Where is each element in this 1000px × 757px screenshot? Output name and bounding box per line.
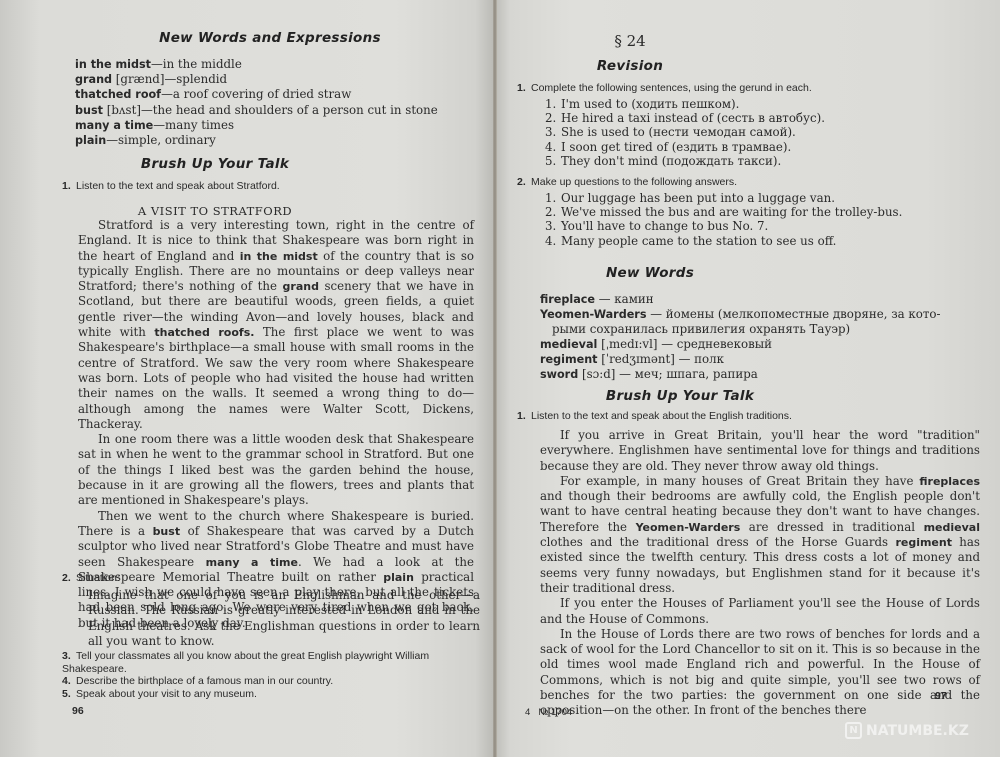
paragraph: In one room there was a little wooden de…	[78, 432, 474, 508]
vocab-item: sword [sɔ:d] — меч; шпага, рапира	[540, 367, 970, 382]
book-gutter	[493, 0, 497, 757]
list-item: 5.They don't mind (подождать такси).	[545, 154, 977, 168]
task-2: 2.Situation: Imagine that one of you is …	[62, 572, 480, 649]
text-body: Stratford is a very interesting town, ri…	[78, 218, 474, 631]
paragraph: If you enter the Houses of Parliament yo…	[540, 596, 980, 627]
vocab-item: medieval [ˌmedɪ:vl] — средневековый	[540, 337, 970, 352]
book-spread: New Words and Expressions in the midst—i…	[0, 0, 1000, 757]
paragraph: Stratford is a very interesting town, ri…	[78, 218, 474, 432]
revision-heading: Revision	[585, 58, 675, 74]
sentence-list: 1.I'm used to (ходить пешком). 2.He hire…	[517, 97, 977, 168]
brush-up-heading: Brush Up Your Talk	[60, 156, 370, 172]
vocabulary-list: in the midst—in the middle grand [grænd]…	[75, 57, 475, 148]
left-page: New Words and Expressions in the midst—i…	[0, 0, 495, 757]
listen-task: 1.Listen to the text and speak about the…	[517, 410, 792, 422]
section-number: § 24	[595, 32, 665, 50]
vocab-item: plain—simple, ordinary	[75, 133, 475, 148]
tasks-3-5: 3.Tell your classmates all you know abou…	[62, 650, 474, 700]
task-3: 3.Tell your classmates all you know abou…	[62, 650, 474, 675]
revision-task-1: 1.Complete the following sentences, usin…	[517, 82, 977, 168]
vocab-item: thatched roof—a roof covering of dried s…	[75, 87, 475, 102]
vocab-item: bust [bʌst]—the head and shoulders of a …	[75, 103, 475, 118]
new-words-heading: New Words and Expressions	[60, 30, 480, 46]
paragraph: In the House of Lords there are two rows…	[540, 627, 980, 719]
right-page: § 24 Revision 1.Complete the following s…	[495, 0, 1000, 757]
answers-list: 1.Our luggage has been put into a luggag…	[517, 191, 977, 248]
watermark-text: NATUMBE.KZ	[866, 723, 969, 739]
list-item: 2.We've missed the bus and are waiting f…	[545, 205, 977, 219]
vocab-item: many a time—many times	[75, 118, 475, 133]
vocabulary-list-right: fireplace — камин Yeomen-Warders — йомен…	[540, 292, 970, 382]
revision-task-2: 2.Make up questions to the following ans…	[517, 176, 977, 248]
task-1: 1.Listen to the text and speak about Str…	[62, 180, 280, 192]
list-item: 1.Our luggage has been put into a luggag…	[545, 191, 977, 205]
list-item: 4.I soon get tired of (ездить в трамвае)…	[545, 140, 977, 154]
vocab-continuation: рыми сохранилась привилегия охранять Тау…	[540, 322, 970, 336]
vocab-item: fireplace — камин	[540, 292, 970, 307]
list-item: 4.Many people came to the station to see…	[545, 234, 977, 248]
situation-text: Imagine that one of you is an Englishman…	[62, 588, 480, 649]
task-4: 4.Describe the birthplace of a famous ma…	[62, 675, 474, 688]
list-item: 3.She is used to (нести чемодан самой).	[545, 125, 977, 139]
vocab-item: in the midst—in the middle	[75, 57, 475, 72]
paragraph: For example, in many houses of Great Bri…	[540, 474, 980, 596]
task-5: 5.Speak about your visit to any museum.	[62, 688, 474, 701]
list-item: 3.You'll have to change to bus No. 7.	[545, 219, 977, 233]
page-number-right: 97	[935, 690, 947, 702]
watermark-logo-icon: N	[845, 722, 862, 739]
new-words-heading-right: New Words	[595, 265, 705, 281]
traditions-text: If you arrive in Great Britain, you'll h…	[540, 428, 980, 719]
brush-up-heading-right: Brush Up Your Talk	[585, 388, 775, 404]
text-title: A VISIT TO STRATFORD	[60, 204, 370, 218]
watermark: N NATUMBE.KZ	[845, 722, 969, 739]
paragraph: If you arrive in Great Britain, you'll h…	[540, 428, 980, 474]
vocab-item: Yeomen-Warders — йомены (мелкопоместные …	[540, 307, 970, 322]
list-item: 2.He hired a taxi instead of (сесть в ав…	[545, 111, 977, 125]
list-item: 1.I'm used to (ходить пешком).	[545, 97, 977, 111]
page-number-left: 96	[72, 705, 84, 717]
vocab-item: grand [grænd]—splendid	[75, 72, 475, 87]
printer-signature: 4 № 1704	[525, 707, 572, 718]
vocab-item: regiment [ˈredʒɪmənt] — полк	[540, 352, 970, 367]
